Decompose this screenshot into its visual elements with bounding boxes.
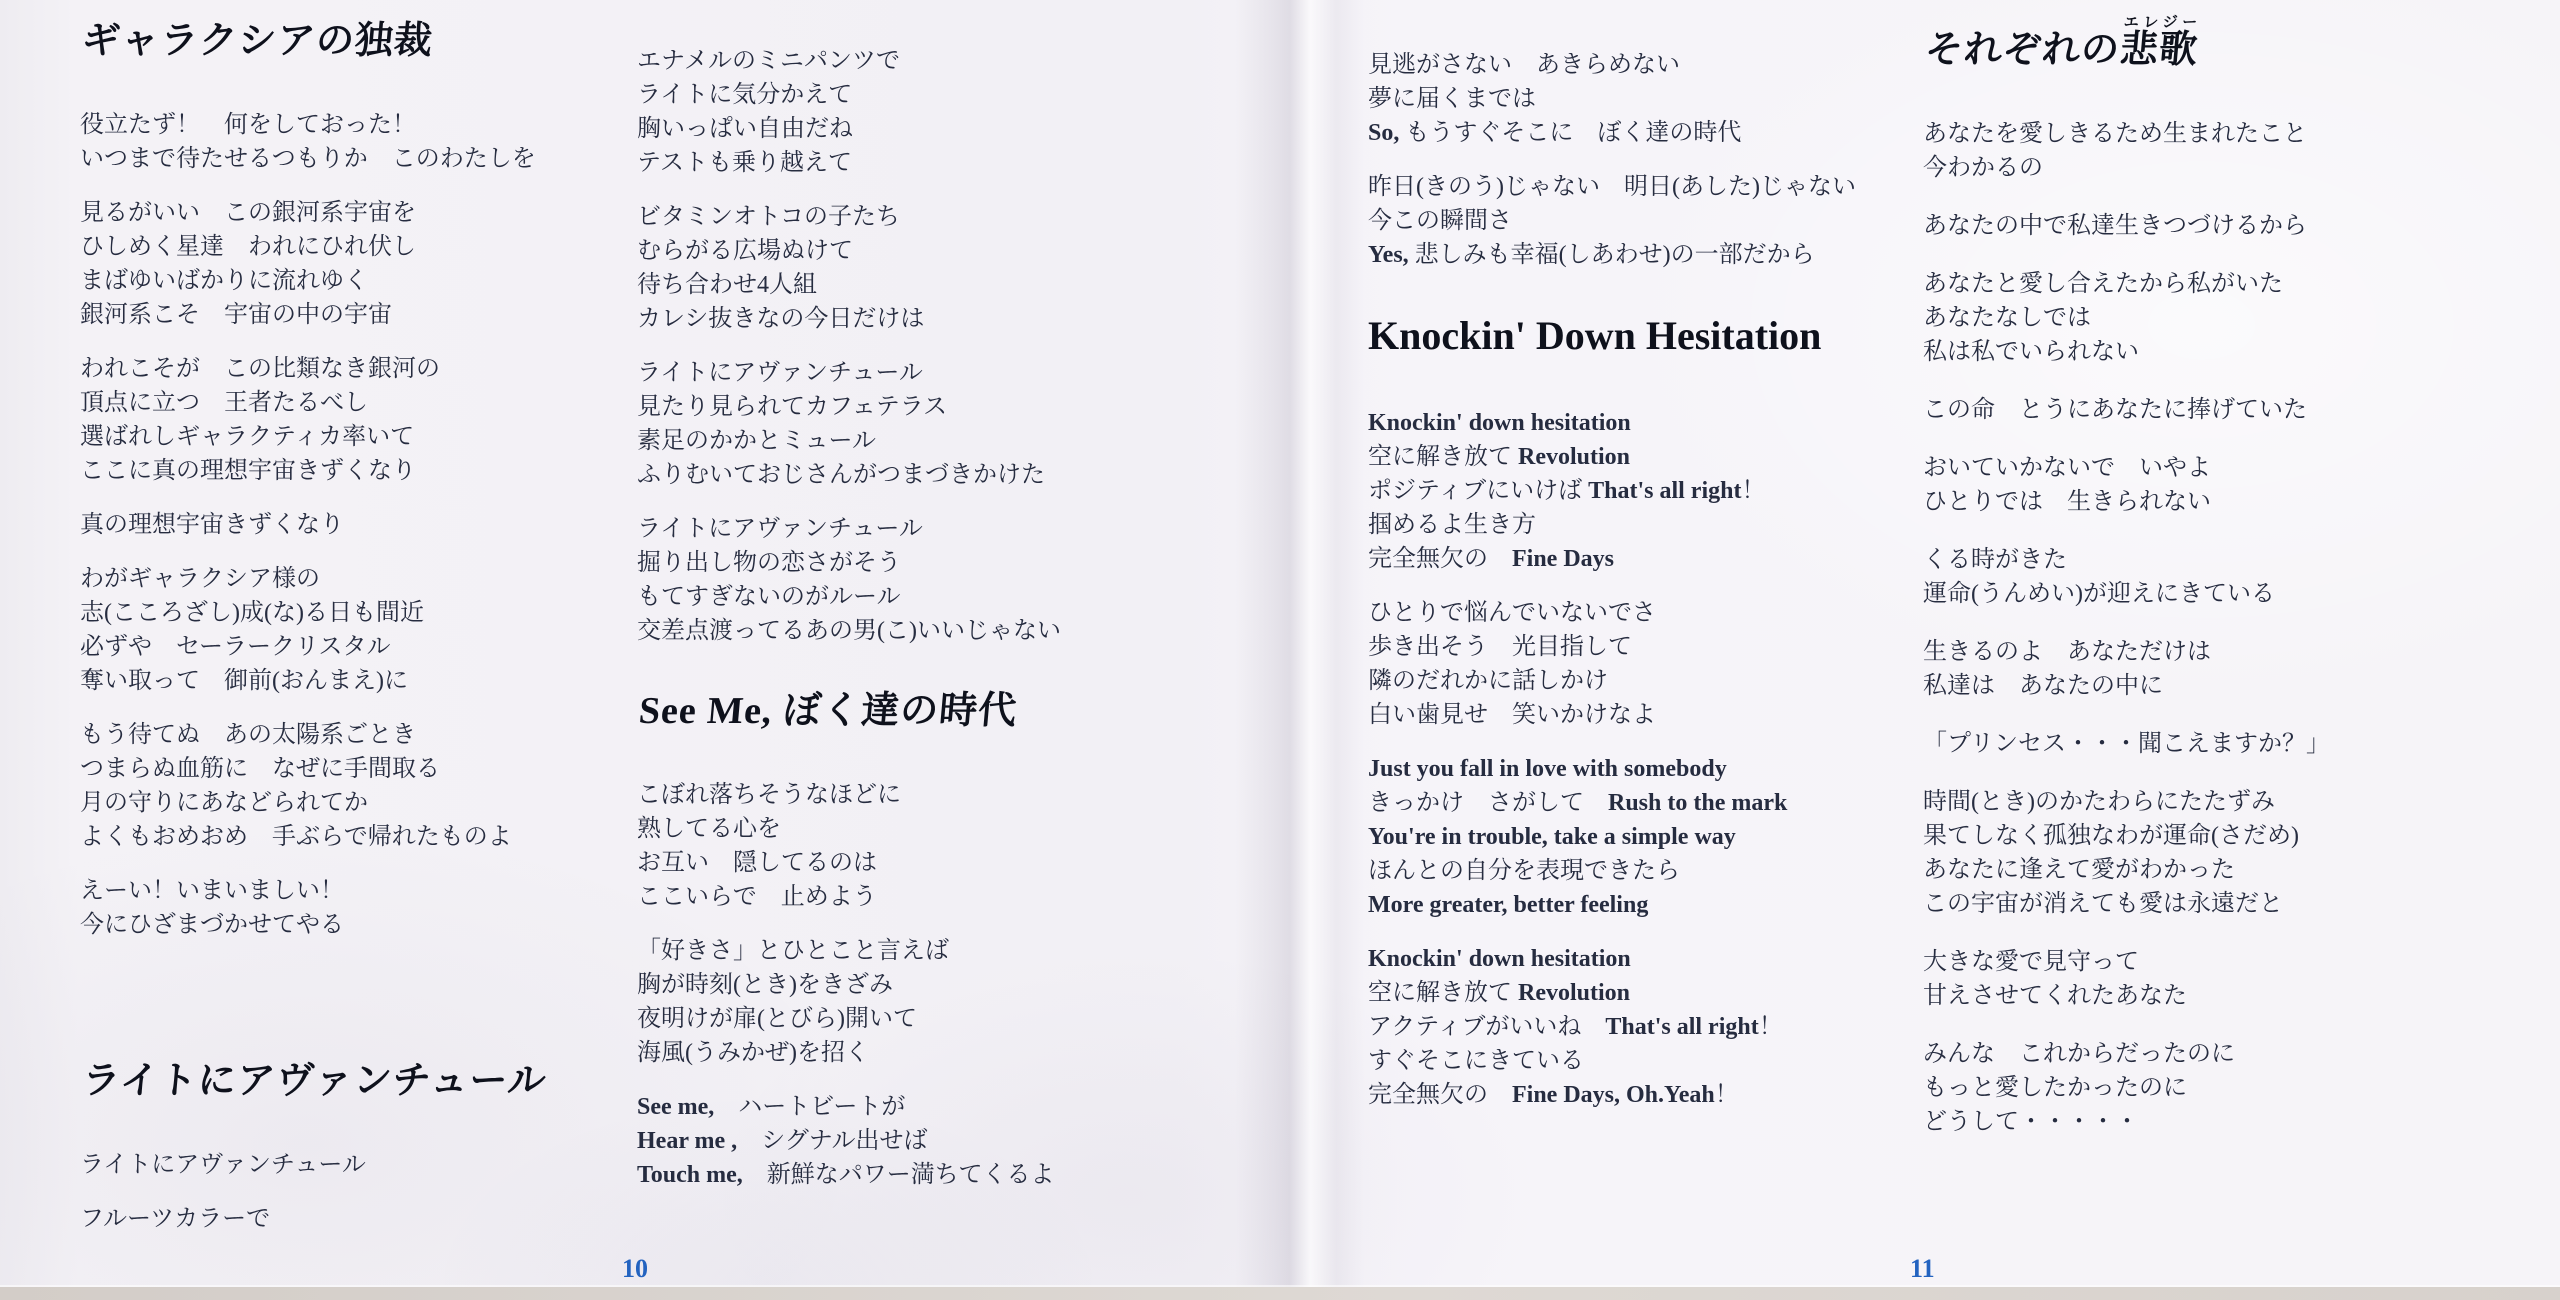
lyric-line: ライトにアヴァンチュール [637,356,1147,390]
lyric-line: あなたの中で私達生きつづけるから [1923,209,2498,243]
lyric-line: 今この瞬間さ [1368,204,1953,238]
english-text: That's all right [1605,1014,1758,1040]
stanza: もう待てぬ あの太陽系ごときつまらぬ血筋に なぜに手間取る月の守りにあなどられて… [80,718,625,854]
lyric-line: 「プリンセス・・・聞こえますか？」 [1923,727,2498,761]
lyric-line: 時間(とき)のかたわらにたたずみ [1923,785,2498,819]
stanza: あなたと愛し合えたから私がいたあなたなしでは私は私でいられない [1923,267,2498,369]
lyric-line: ライトにアヴァンチュール [637,512,1147,546]
lyric-line: フルーツカラーで [80,1202,625,1236]
blank-space [80,962,625,1018]
lyric-line: ここに真の理想宇宙きずくなり [80,454,625,488]
stanza: こぼれ落ちそうなほどに熟してる心をお互い 隠してるのはここいらで 止めよう [637,778,1147,914]
lyric-line: もてすぎないのがルール [637,580,1147,614]
lyric-line: われこそが この比類なき銀河の [80,352,625,386]
english-text: Rush to the mark [1608,790,1787,816]
lyric-line: つまらぬ血筋に なぜに手間取る [80,752,625,786]
lyric-line: こぼれ落ちそうなほどに [637,778,1147,812]
stanza: Knockin' down hesitation空に解き放て Revolutio… [1368,942,1953,1112]
lyric-line: 空に解き放て Revolution [1368,440,1953,474]
lyric-line: Knockin' down hesitation [1368,942,1953,976]
lyric-line: きっかけ さがして Rush to the mark [1368,786,1953,820]
english-text: Just you fall in love with somebody [1368,756,1727,782]
lyric-line: 志(こころざし)成(な)る日も間近 [80,596,625,630]
stanza: エナメルのミニパンツでライトに気分かえて胸いっぱい自由だねテストも乗り越えて [637,44,1147,180]
lyric-line: もう待てぬ あの太陽系ごとき [80,718,625,752]
stanza: Knockin' down hesitation空に解き放て Revolutio… [1368,406,1953,576]
lyric-line: 大きな愛で見守って [1923,945,2498,979]
lyric-line: この宇宙が消えても愛は永遠だと [1923,887,2498,921]
lyric-line: ビタミンオトコの子たち [637,200,1147,234]
stanza: えーい！いまいましい！今にひざまづかせてやる [80,874,625,942]
lyric-line: 果てしなく孤独なわが運命(さだめ) [1923,819,2498,853]
lyric-line: 必ずや セーラークリスタル [80,630,625,664]
stanza: くる時がきた運命(うんめい)が迎えにきている [1923,543,2498,611]
lyric-line: お互い 隠してるのは [637,846,1147,880]
english-text: See me, [637,1094,738,1120]
stanza: 「プリンセス・・・聞こえますか？」 [1923,727,2498,761]
lyric-line: いつまで待たせるつもりか このわたしを [80,142,625,176]
song-title: Knockin' Down Hesitation [1368,312,1953,360]
english-text: Revolution [1518,444,1630,470]
lyric-line: 甘えさせてくれたあなた [1923,979,2498,1013]
stanza: われこそが この比類なき銀河の頂点に立つ 王者たるべし選ばれしギャラクティカ率い… [80,352,625,488]
lyric-line: 選ばれしギャラクティカ率いて [80,420,625,454]
lyric-line: エナメルのミニパンツで [637,44,1147,78]
lyric-line: この命 とうにあなたに捧げていた [1923,393,2498,427]
lyric-line: むらがる広場ぬけて [637,234,1147,268]
lyric-line: 銀河系こそ 宇宙の中の宇宙 [80,298,625,332]
lyric-line: 今わかるの [1923,151,2498,185]
lyric-line: 頂点に立つ 王者たるべし [80,386,625,420]
stanza: 役立たず！ 何をしておった！いつまで待たせるつもりか このわたしを [80,108,625,176]
lyric-line: ふりむいておじさんがつまづきかけた [637,458,1147,492]
lyric-line: 素足のかかとミュール [637,424,1147,458]
lyric-line: 見逃がさない あきらめない [1368,48,1953,82]
lyric-line: 海風(うみかぜ)を招く [637,1036,1147,1070]
lyric-line: くる時がきた [1923,543,2498,577]
english-text: Yes, [1368,242,1415,268]
booklet-scan: { "page_numbers": { "left": "10", "right… [0,0,2560,1300]
song-title: ギャラクシアの独裁 [80,18,629,64]
english-text: That's all right [1588,478,1741,504]
lyric-line: 夢に届くまでは [1368,82,1953,116]
lyric-line: よくもおめおめ 手ぶらで帰れたものよ [80,820,625,854]
stanza: ライトにアヴァンチュール掘り出し物の恋さがそうもてすぎないのがルール交差点渡って… [637,512,1147,648]
english-text: Revolution [1518,980,1630,1006]
lyric-line: 運命(うんめい)が迎えにきている [1923,577,2498,611]
stanza: ひとりで悩んでいないでさ歩き出そう 光目指して隣のだれかに話しかけ白い歯見せ 笑… [1368,596,1953,732]
lyric-line: More greater, better feeling [1368,888,1953,922]
lyric-line: 奪い取って 御前(おんまえ)に [80,664,625,698]
stanza: みんな これからだったのにもっと愛したかったのにどうして・・・・・ [1923,1037,2498,1139]
lyric-line: 胸が時刻(とき)をきざみ [637,968,1147,1002]
lyric-line: 交差点渡ってるあの男(こ)いいじゃない [637,614,1147,648]
lyric-line: ここいらで 止めよう [637,880,1147,914]
stanza: 時間(とき)のかたわらにたたずみ果てしなく孤独なわが運命(さだめ)あなたに逢えて… [1923,785,2498,921]
lyric-line: 完全無欠の Fine Days [1368,542,1953,576]
lyric-line: 歩き出そう 光目指して [1368,630,1953,664]
english-text: Fine Days [1512,546,1614,572]
english-text: More greater, better feeling [1368,892,1648,918]
lyric-line: Knockin' down hesitation [1368,406,1953,440]
lyric-line: ひしめく星達 われにひれ伏し [80,230,625,264]
lyrics-column: 見逃がさない あきらめない夢に届くまではSo, もうすぐそこに ぼく達の時代昨日… [1368,48,1953,1132]
song-title: See Me, ぼく達の時代 [637,688,1151,734]
lyric-line: 役立たず！ 何をしておった！ [80,108,625,142]
english-text: See Me, [637,690,785,732]
stanza: あなたを愛しきるため生まれたこと今わかるの [1923,117,2498,185]
lyric-line: 見るがいい この銀河系宇宙を [80,196,625,230]
song-title: それぞれの悲歌エレジー [1923,14,2503,73]
lyric-line: 待ち合わせ4人組 [637,268,1147,302]
lyric-line: Touch me, 新鮮なパワー満ちてくるよ [637,1158,1147,1192]
lyric-line: 昨日(きのう)じゃない 明日(あした)じゃない [1368,170,1953,204]
lyric-line: 完全無欠の Fine Days, Oh.Yeah！ [1368,1078,1953,1112]
lyric-line: 掴めるよ生き方 [1368,508,1953,542]
lyric-line: 空に解き放て Revolution [1368,976,1953,1010]
lyric-line: 夜明けが扉(とびら)開いて [637,1002,1147,1036]
lyric-line: 私は私でいられない [1923,335,2498,369]
scan-bottom-edge [0,1287,2560,1300]
stanza: ライトにアヴァンチュール見たり見られてカフェテラス素足のかかとミュールふりむいて… [637,356,1147,492]
stanza: 見るがいい この銀河系宇宙をひしめく星達 われにひれ伏しまばゆいばかりに流れゆく… [80,196,625,332]
lyric-line: ポジティブにいけば That's all right！ [1368,474,1953,508]
stanza: あなたの中で私達生きつづけるから [1923,209,2498,243]
lyrics-column: それぞれの悲歌エレジーあなたを愛しきるため生まれたこと今わかるのあなたの中で私達… [1923,14,2498,1163]
lyric-line: ひとりで悩んでいないでさ [1368,596,1953,630]
booklet-gutter-shadow [1235,0,1365,1287]
page-number-right: 11 [1910,1254,1935,1284]
stanza: 生きるのよ あなただけは私達は あなたの中に [1923,635,2498,703]
lyric-line: あなたと愛し合えたから私がいた [1923,267,2498,301]
lyric-line: 熟してる心を [637,812,1147,846]
lyric-line: So, もうすぐそこに ぼく達の時代 [1368,116,1953,150]
english-text: Touch me, [637,1162,767,1188]
stanza: 大きな愛で見守って甘えさせてくれたあなた [1923,945,2498,1013]
lyric-line: あなたに逢えて愛がわかった [1923,853,2498,887]
lyric-line: 隣のだれかに話しかけ [1368,664,1953,698]
stanza: See me, ハートビートがHear me , シグナル出せばTouch me… [637,1090,1147,1192]
lyric-line: どうして・・・・・ [1923,1105,2498,1139]
page-number-left: 10 [622,1254,648,1284]
lyric-line: 月の守りにあなどられてか [80,786,625,820]
english-text: Hear me , [637,1128,761,1154]
lyric-line: You're in trouble, take a simple way [1368,820,1953,854]
lyric-line: ライトにアヴァンチュール [80,1148,625,1182]
stanza: Just you fall in love with somebodyきっかけ … [1368,752,1953,922]
stanza: わがギャラクシア様の志(こころざし)成(な)る日も間近必ずや セーラークリスタル… [80,562,625,698]
lyric-line: カレシ抜きなの今日だけは [637,302,1147,336]
stanza: 見逃がさない あきらめない夢に届くまではSo, もうすぐそこに ぼく達の時代 [1368,48,1953,150]
stanza: 真の理想宇宙きずくなり [80,508,625,542]
lyric-line: 見たり見られてカフェテラス [637,390,1147,424]
lyric-line: Yes, 悲しみも幸福(しあわせ)の一部だから [1368,238,1953,272]
lyric-line: 生きるのよ あなただけは [1923,635,2498,669]
lyric-line: 胸いっぱい自由だね [637,112,1147,146]
song-title: ライトにアヴァンチュール [80,1058,629,1104]
lyric-line: Just you fall in love with somebody [1368,752,1953,786]
stanza: 「好きさ」とひとこと言えば胸が時刻(とき)をきざみ夜明けが扉(とびら)開いて海風… [637,934,1147,1070]
lyric-line: 私達は あなたの中に [1923,669,2498,703]
lyrics-column: ギャラクシアの独裁役立たず！ 何をしておった！いつまで待たせるつもりか このわた… [80,18,625,1256]
lyric-line: Hear me , シグナル出せば [637,1124,1147,1158]
lyric-line: 「好きさ」とひとこと言えば [637,934,1147,968]
english-text: Fine Days, Oh.Yeah [1512,1082,1715,1108]
lyric-line: わがギャラクシア様の [80,562,625,596]
english-text: You're in trouble, take a simple way [1368,824,1736,850]
lyric-line: ライトに気分かえて [637,78,1147,112]
lyric-line: アクティブがいいね That's all right！ [1368,1010,1953,1044]
lyric-line: ひとりでは 生きられない [1923,485,2498,519]
lyric-line: えーい！いまいましい！ [80,874,625,908]
lyric-line: ほんとの自分を表現できたら [1368,854,1953,888]
lyric-line: 掘り出し物の恋さがそう [637,546,1147,580]
lyric-line: おいていかないで いやよ [1923,451,2498,485]
stanza: 昨日(きのう)じゃない 明日(あした)じゃない今この瞬間さYes, 悲しみも幸福… [1368,170,1953,272]
english-text: Knockin' down hesitation [1368,946,1631,972]
english-text: Knockin' down hesitation [1368,410,1631,436]
title-ruby: 悲歌エレジー [2118,29,2200,71]
stanza: この命 とうにあなたに捧げていた [1923,393,2498,427]
stanza: ライトにアヴァンチュール [80,1148,625,1182]
lyric-line: みんな これからだったのに [1923,1037,2498,1071]
lyric-line: すぐそこにきている [1368,1044,1953,1078]
lyric-line: あなたを愛しきるため生まれたこと [1923,117,2498,151]
stanza: ビタミンオトコの子たちむらがる広場ぬけて待ち合わせ4人組カレシ抜きなの今日だけは [637,200,1147,336]
lyric-line: あなたなしでは [1923,301,2498,335]
english-text: So, [1368,120,1405,146]
lyric-line: 白い歯見せ 笑いかけなよ [1368,698,1953,732]
english-text: Knockin' Down Hesitation [1368,313,1821,358]
lyric-line: まばゆいばかりに流れゆく [80,264,625,298]
lyric-line: See me, ハートビートが [637,1090,1147,1124]
lyrics-column: エナメルのミニパンツでライトに気分かえて胸いっぱい自由だねテストも乗り越えてビタ… [637,44,1147,1212]
lyric-line: 真の理想宇宙きずくなり [80,508,625,542]
stanza: フルーツカラーで [80,1202,625,1236]
lyric-line: もっと愛したかったのに [1923,1071,2498,1105]
lyric-line: テストも乗り越えて [637,146,1147,180]
lyric-line: 今にひざまづかせてやる [80,908,625,942]
stanza: おいていかないで いやよひとりでは 生きられない [1923,451,2498,519]
